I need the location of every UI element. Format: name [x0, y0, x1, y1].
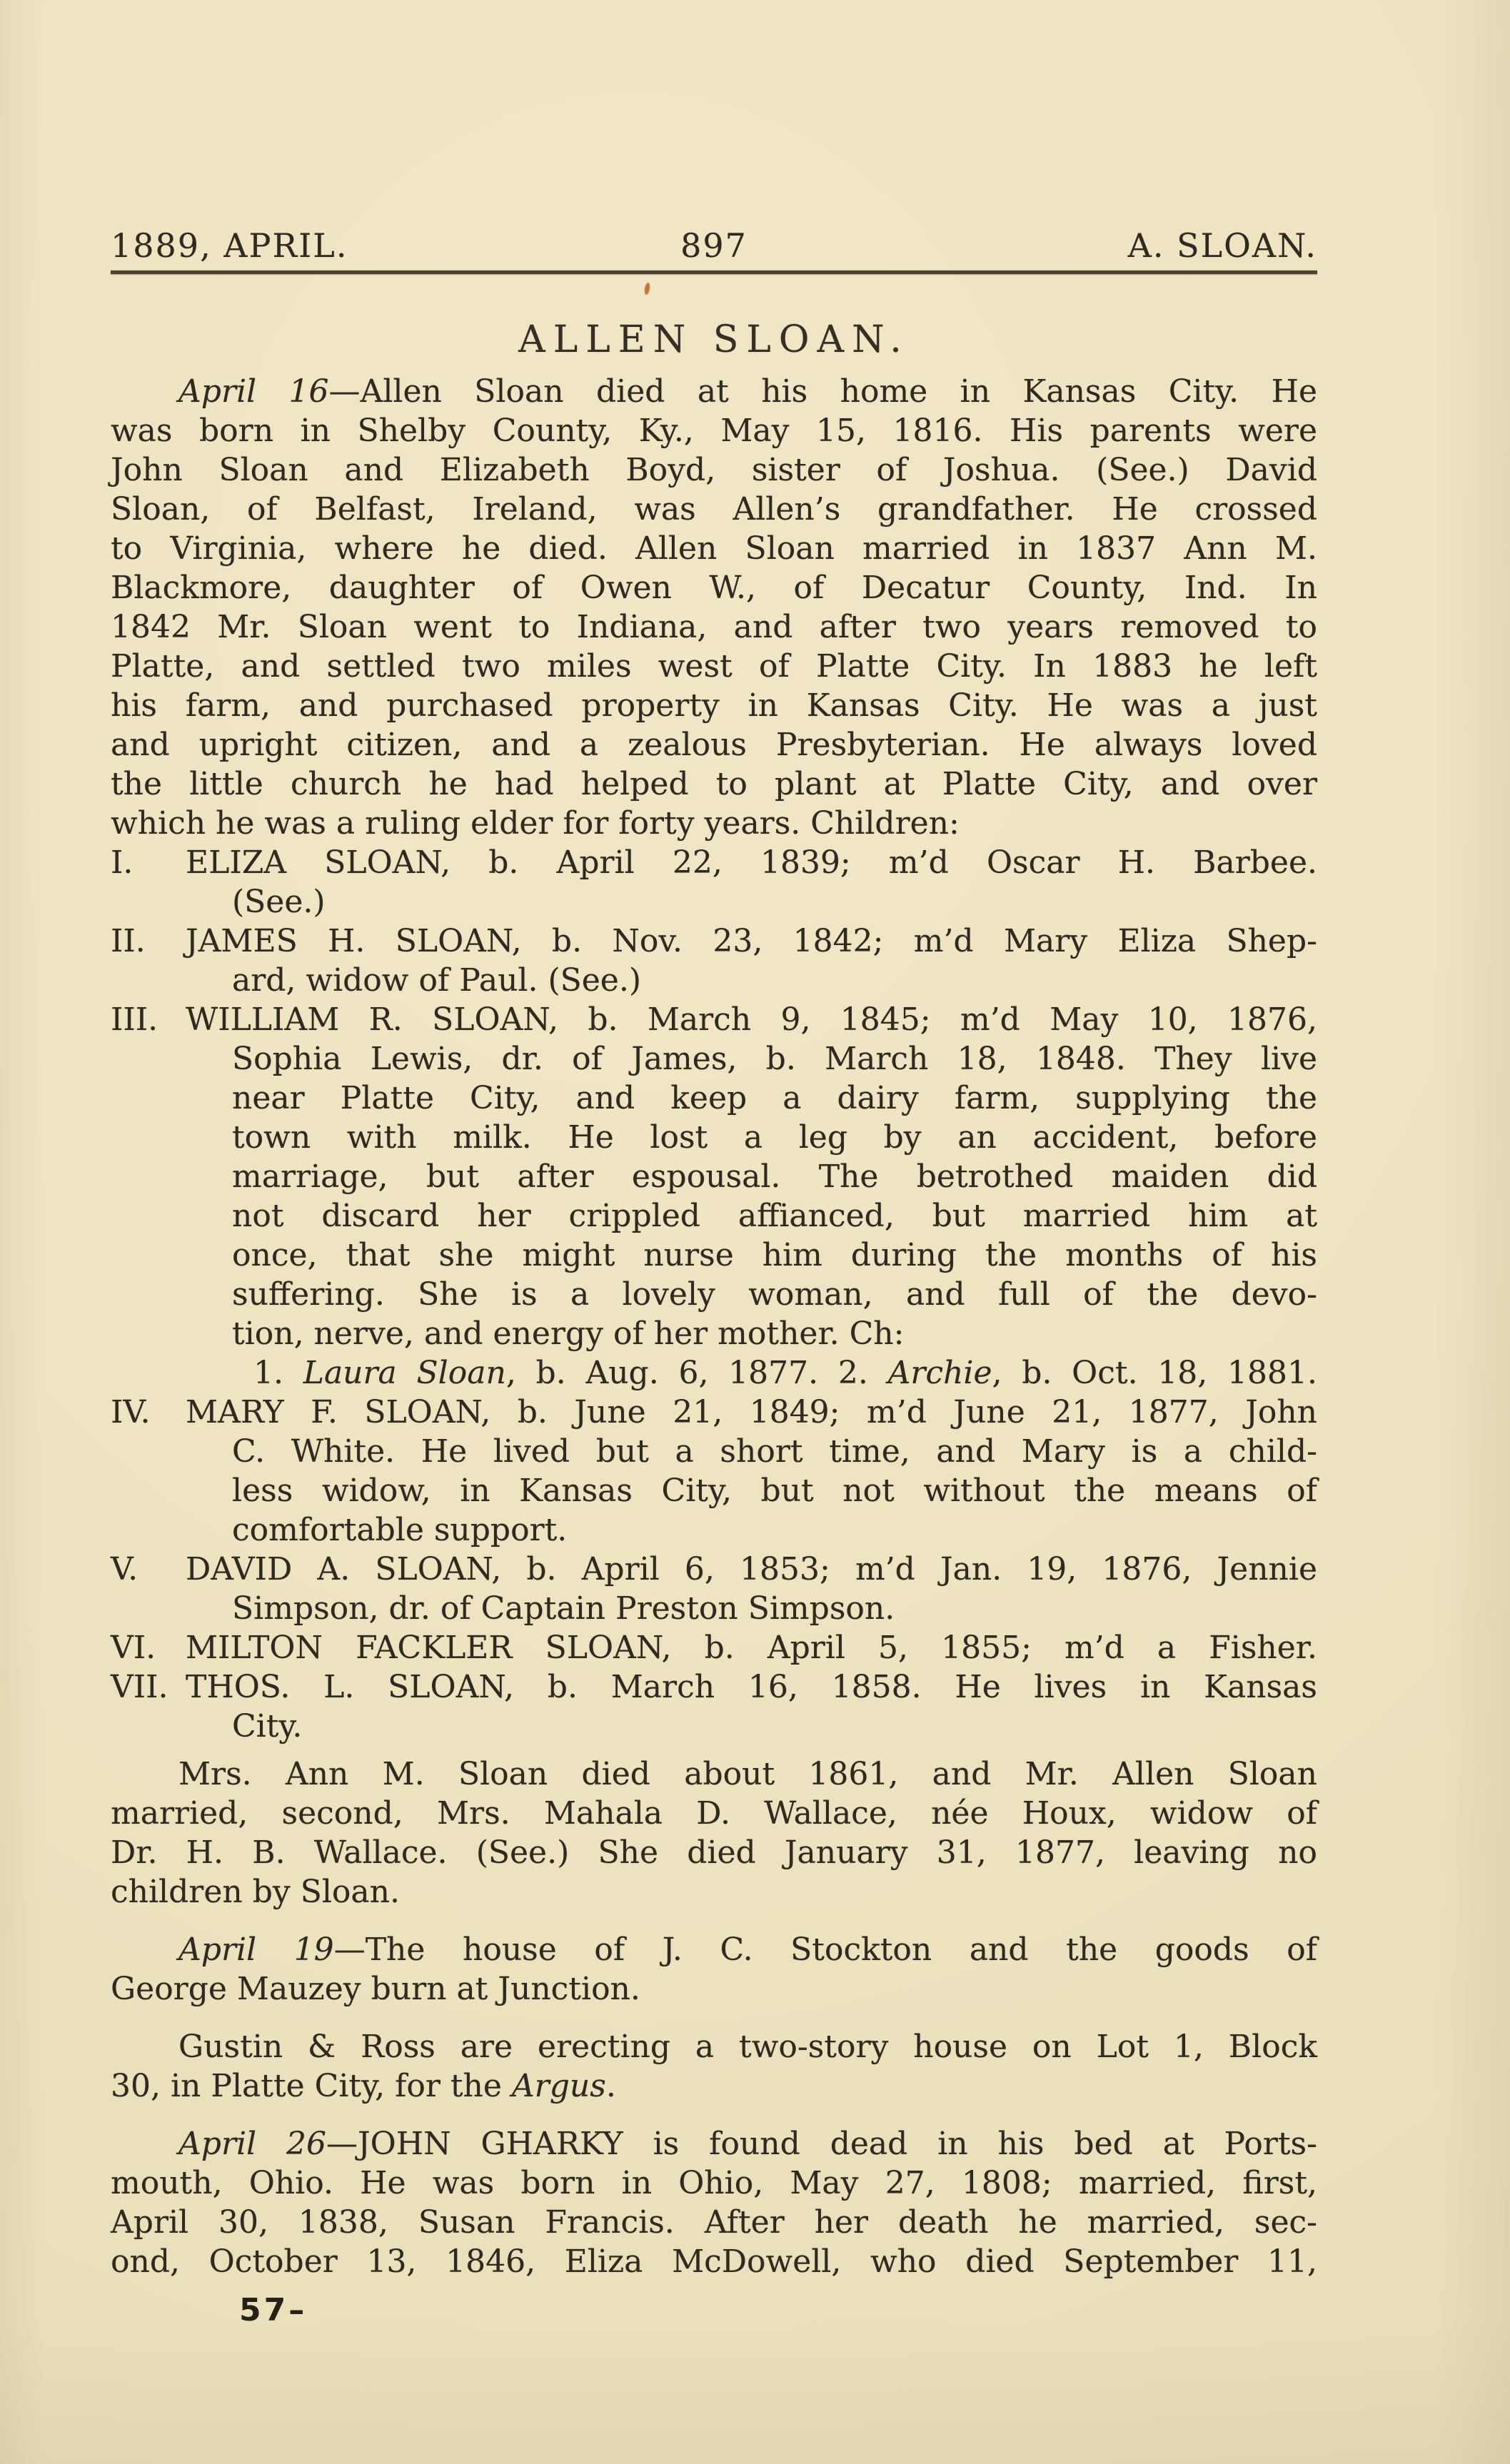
text-run: to Virginia, where he died. Allen Sloan …: [111, 530, 1317, 567]
text-run: JAMES H. SLOAN, b. Nov. 23, 1842; m’d Ma…: [186, 923, 1317, 959]
text-run: Sophia Lewis, dr. of James, b. March 18,…: [232, 1041, 1317, 1077]
text-run: Dr. H. B. Wallace. (See.) She died Janua…: [111, 1834, 1317, 1871]
text-run: which he was a ruling elder for forty ye…: [111, 805, 960, 842]
text-line: George Mauzey burn at Junction.: [111, 1969, 1317, 2009]
text-line: Gustin & Ross are erecting a two-story h…: [111, 2027, 1317, 2066]
text-line: Blackmore, daughter of Owen W., of Decat…: [111, 568, 1317, 607]
text-run: the little church he had helped to plant…: [111, 766, 1317, 802]
text-run: C. White. He lived but a short time, and…: [232, 1433, 1317, 1470]
book-page: 1889, APRIL. 897 A. SLOAN. ALLEN SLOAN. …: [0, 0, 1510, 2464]
text-run: Gustin & Ross are erecting a two-story h…: [178, 2029, 1317, 2065]
text-block: 1889, APRIL. 897 A. SLOAN. ALLEN SLOAN. …: [111, 228, 1317, 2328]
text-line: April 19—The house of J. C. Stockton and…: [111, 1930, 1317, 1969]
text-line: mouth, Ohio. He was born in Ohio, May 27…: [111, 2163, 1317, 2203]
text-line: Mrs. Ann M. Sloan died about 1861, and M…: [111, 1754, 1317, 1794]
text-line: April 26—JOHN GHARKY is found dead in hi…: [111, 2124, 1317, 2163]
signature-mark: 57–: [111, 2293, 1317, 2328]
text-line: 1842 Mr. Sloan went to Indiana, and afte…: [111, 607, 1317, 647]
text-line: suffering. She is a lovely woman, and fu…: [111, 1275, 1317, 1314]
child-item-2: II.JAMES H. SLOAN, b. Nov. 23, 1842; m’d…: [111, 922, 1317, 1000]
text-run: less widow, in Kansas City, but not with…: [232, 1473, 1317, 1509]
text-line: 30, in Platte City, for the Argus.: [111, 2066, 1317, 2106]
text-line: less widow, in Kansas City, but not with…: [111, 1471, 1317, 1510]
text-line: VI.MILTON FACKLER SLOAN, b. April 5, 185…: [111, 1628, 1317, 1667]
text-run: Blackmore, daughter of Owen W., of Decat…: [111, 570, 1317, 606]
child-item-7: VII.THOS. L. SLOAN, b. March 16, 1858. H…: [111, 1667, 1317, 1746]
text-line: I.ELIZA SLOAN, b. April 22, 1839; m’d Os…: [111, 843, 1317, 882]
text-line: comfortable support.: [111, 1510, 1317, 1550]
text-line: was born in Shelby County, Ky., May 15, …: [111, 411, 1317, 450]
text-run: MARY F. SLOAN, b. June 21, 1849; m’d Jun…: [186, 1394, 1317, 1430]
header-rule: [111, 271, 1317, 274]
header-date: 1889, APRIL.: [111, 228, 348, 263]
text-line: children by Sloan.: [111, 1872, 1317, 1912]
item-numeral: IV.: [111, 1393, 175, 1432]
paragraph-second-marriage: Mrs. Ann M. Sloan died about 1861, and M…: [111, 1754, 1317, 1912]
italic-text: Archie: [888, 1355, 992, 1391]
text-run: suffering. She is a lovely woman, and fu…: [232, 1276, 1317, 1313]
text-run: MILTON FACKLER SLOAN, b. April 5, 1855; …: [186, 1630, 1317, 1666]
text-run: 1.: [253, 1355, 303, 1391]
text-line: the little church he had helped to plant…: [111, 764, 1317, 804]
text-line: tion, nerve, and energy of her mother. C…: [111, 1314, 1317, 1353]
text-line: 1. Laura Sloan, b. Aug. 6, 1877. 2. Arch…: [111, 1353, 1317, 1393]
text-run: children by Sloan.: [111, 1874, 400, 1910]
grandchildren-line: 1. Laura Sloan, b. Aug. 6, 1877. 2. Arch…: [111, 1353, 1317, 1393]
text-run: —JOHN GHARKY is found dead in his bed at…: [326, 2126, 1317, 2162]
text-run: town with milk. He lost a leg by an acci…: [232, 1119, 1317, 1156]
text-run: marriage, but after espousal. The betrot…: [232, 1158, 1317, 1195]
text-run: married, second, Mrs. Mahala D. Wallace,…: [111, 1795, 1317, 1832]
text-run: his farm, and purchased property in Kans…: [111, 687, 1317, 724]
child-item-1: I.ELIZA SLOAN, b. April 22, 1839; m’d Os…: [111, 843, 1317, 922]
text-run: , b. Oct. 18, 1881.: [992, 1355, 1317, 1391]
text-line: III.WILLIAM R. SLOAN, b. March 9, 1845; …: [111, 1000, 1317, 1039]
text-line: ard, widow of Paul. (See.): [111, 961, 1317, 1000]
italic-text: April 19: [178, 1932, 334, 1968]
header-surname: A. SLOAN.: [1128, 228, 1317, 263]
italic-text: April 16: [178, 373, 329, 410]
italic-text: Argus: [512, 2068, 606, 2104]
text-run: WILLIAM R. SLOAN, b. March 9, 1845; m’d …: [186, 1001, 1317, 1038]
running-head: 1889, APRIL. 897 A. SLOAN.: [111, 228, 1317, 263]
italic-text: April 26: [178, 2126, 326, 2162]
section-title: ALLEN SLOAN.: [111, 320, 1317, 360]
text-run: City.: [232, 1708, 302, 1745]
text-run: 30, in Platte City, for the: [111, 2068, 512, 2104]
italic-text: Laura Sloan: [303, 1355, 506, 1391]
text-run: ard, widow of Paul. (See.): [232, 962, 641, 999]
child-item-6: VI.MILTON FACKLER SLOAN, b. April 5, 185…: [111, 1628, 1317, 1667]
header-page-number: 897: [680, 228, 748, 263]
text-run: not discard her crippled affianced, but …: [232, 1198, 1317, 1234]
text-line: ond, October 13, 1846, Eliza McDowell, w…: [111, 2242, 1317, 2281]
text-run: Sloan, of Belfast, Ireland, was Allen’s …: [111, 491, 1317, 527]
text-line: City.: [111, 1707, 1317, 1746]
text-run: DAVID A. SLOAN, b. April 6, 1853; m’d Ja…: [186, 1551, 1317, 1587]
text-run: John Sloan and Elizabeth Boyd, sister of…: [111, 452, 1317, 488]
text-line: II.JAMES H. SLOAN, b. Nov. 23, 1842; m’d…: [111, 922, 1317, 961]
item-numeral: I.: [111, 843, 175, 882]
text-run: once, that she might nurse him during th…: [232, 1237, 1317, 1273]
text-run: , b. Aug. 6, 1877. 2.: [506, 1355, 888, 1391]
text-run: Platte, and settled two miles west of Pl…: [111, 648, 1317, 685]
text-line: (See.): [111, 882, 1317, 922]
text-run: ELIZA SLOAN, b. April 22, 1839; m’d Osca…: [186, 844, 1317, 881]
content: April 16—Allen Sloan died at his home in…: [111, 372, 1317, 2281]
text-run: George Mauzey burn at Junction.: [111, 1971, 640, 2007]
text-run: THOS. L. SLOAN, b. March 16, 1858. He li…: [186, 1669, 1317, 1705]
child-item-3: III.WILLIAM R. SLOAN, b. March 9, 1845; …: [111, 1000, 1317, 1353]
text-line: which he was a ruling elder for forty ye…: [111, 804, 1317, 843]
text-line: April 16—Allen Sloan died at his home in…: [111, 372, 1317, 411]
paragraph-april-19: April 19—The house of J. C. Stockton and…: [111, 1930, 1317, 2009]
text-line: near Platte City, and keep a dairy farm,…: [111, 1079, 1317, 1118]
text-run: and upright citizen, and a zealous Presb…: [111, 727, 1317, 763]
text-line: married, second, Mrs. Mahala D. Wallace,…: [111, 1794, 1317, 1833]
text-run: comfortable support.: [232, 1512, 567, 1548]
child-item-5: V.DAVID A. SLOAN, b. April 6, 1853; m’d …: [111, 1550, 1317, 1628]
text-run: .: [606, 2068, 616, 2104]
item-numeral: VI.: [111, 1628, 175, 1667]
item-numeral: V.: [111, 1550, 175, 1589]
text-run: —Allen Sloan died at his home in Kansas …: [329, 373, 1317, 410]
item-numeral: VII.: [111, 1667, 175, 1707]
text-line: town with milk. He lost a leg by an acci…: [111, 1118, 1317, 1157]
paragraph-allen-sloan: April 16—Allen Sloan died at his home in…: [111, 372, 1317, 843]
text-run: —The house of J. C. Stockton and the goo…: [334, 1932, 1317, 1968]
item-numeral: II.: [111, 922, 175, 961]
paragraph-april-26: April 26—JOHN GHARKY is found dead in hi…: [111, 2124, 1317, 2281]
text-run: 1842 Mr. Sloan went to Indiana, and afte…: [111, 609, 1317, 645]
item-numeral: III.: [111, 1000, 175, 1039]
text-line: VII.THOS. L. SLOAN, b. March 16, 1858. H…: [111, 1667, 1317, 1707]
text-run: Mrs. Ann M. Sloan died about 1861, and M…: [178, 1756, 1317, 1792]
text-line: V.DAVID A. SLOAN, b. April 6, 1853; m’d …: [111, 1550, 1317, 1589]
text-line: once, that she might nurse him during th…: [111, 1236, 1317, 1275]
text-run: April 30, 1838, Susan Francis. After her…: [111, 2204, 1317, 2241]
text-line: Dr. H. B. Wallace. (See.) She died Janua…: [111, 1833, 1317, 1872]
text-line: his farm, and purchased property in Kans…: [111, 686, 1317, 725]
text-line: Sophia Lewis, dr. of James, b. March 18,…: [111, 1039, 1317, 1079]
text-line: Platte, and settled two miles west of Pl…: [111, 647, 1317, 686]
text-run: tion, nerve, and energy of her mother. C…: [232, 1316, 904, 1352]
text-line: and upright citizen, and a zealous Presb…: [111, 725, 1317, 764]
text-line: John Sloan and Elizabeth Boyd, sister of…: [111, 450, 1317, 490]
text-run: mouth, Ohio. He was born in Ohio, May 27…: [111, 2165, 1317, 2201]
text-line: Simpson, dr. of Captain Preston Simpson.: [111, 1589, 1317, 1628]
child-item-4: IV.MARY F. SLOAN, b. June 21, 1849; m’d …: [111, 1393, 1317, 1550]
paragraph-gustin-ross: Gustin & Ross are erecting a two-story h…: [111, 2027, 1317, 2106]
text-line: Sloan, of Belfast, Ireland, was Allen’s …: [111, 490, 1317, 529]
text-line: April 30, 1838, Susan Francis. After her…: [111, 2203, 1317, 2242]
text-run: was born in Shelby County, Ky., May 15, …: [111, 413, 1317, 449]
text-line: not discard her crippled affianced, but …: [111, 1196, 1317, 1236]
text-line: to Virginia, where he died. Allen Sloan …: [111, 529, 1317, 568]
text-line: IV.MARY F. SLOAN, b. June 21, 1849; m’d …: [111, 1393, 1317, 1432]
text-run: Simpson, dr. of Captain Preston Simpson.: [232, 1590, 895, 1627]
text-line: marriage, but after espousal. The betrot…: [111, 1157, 1317, 1196]
text-run: (See.): [232, 884, 326, 920]
text-run: near Platte City, and keep a dairy farm,…: [232, 1080, 1317, 1116]
text-run: ond, October 13, 1846, Eliza McDowell, w…: [111, 2243, 1317, 2280]
text-line: C. White. He lived but a short time, and…: [111, 1432, 1317, 1471]
